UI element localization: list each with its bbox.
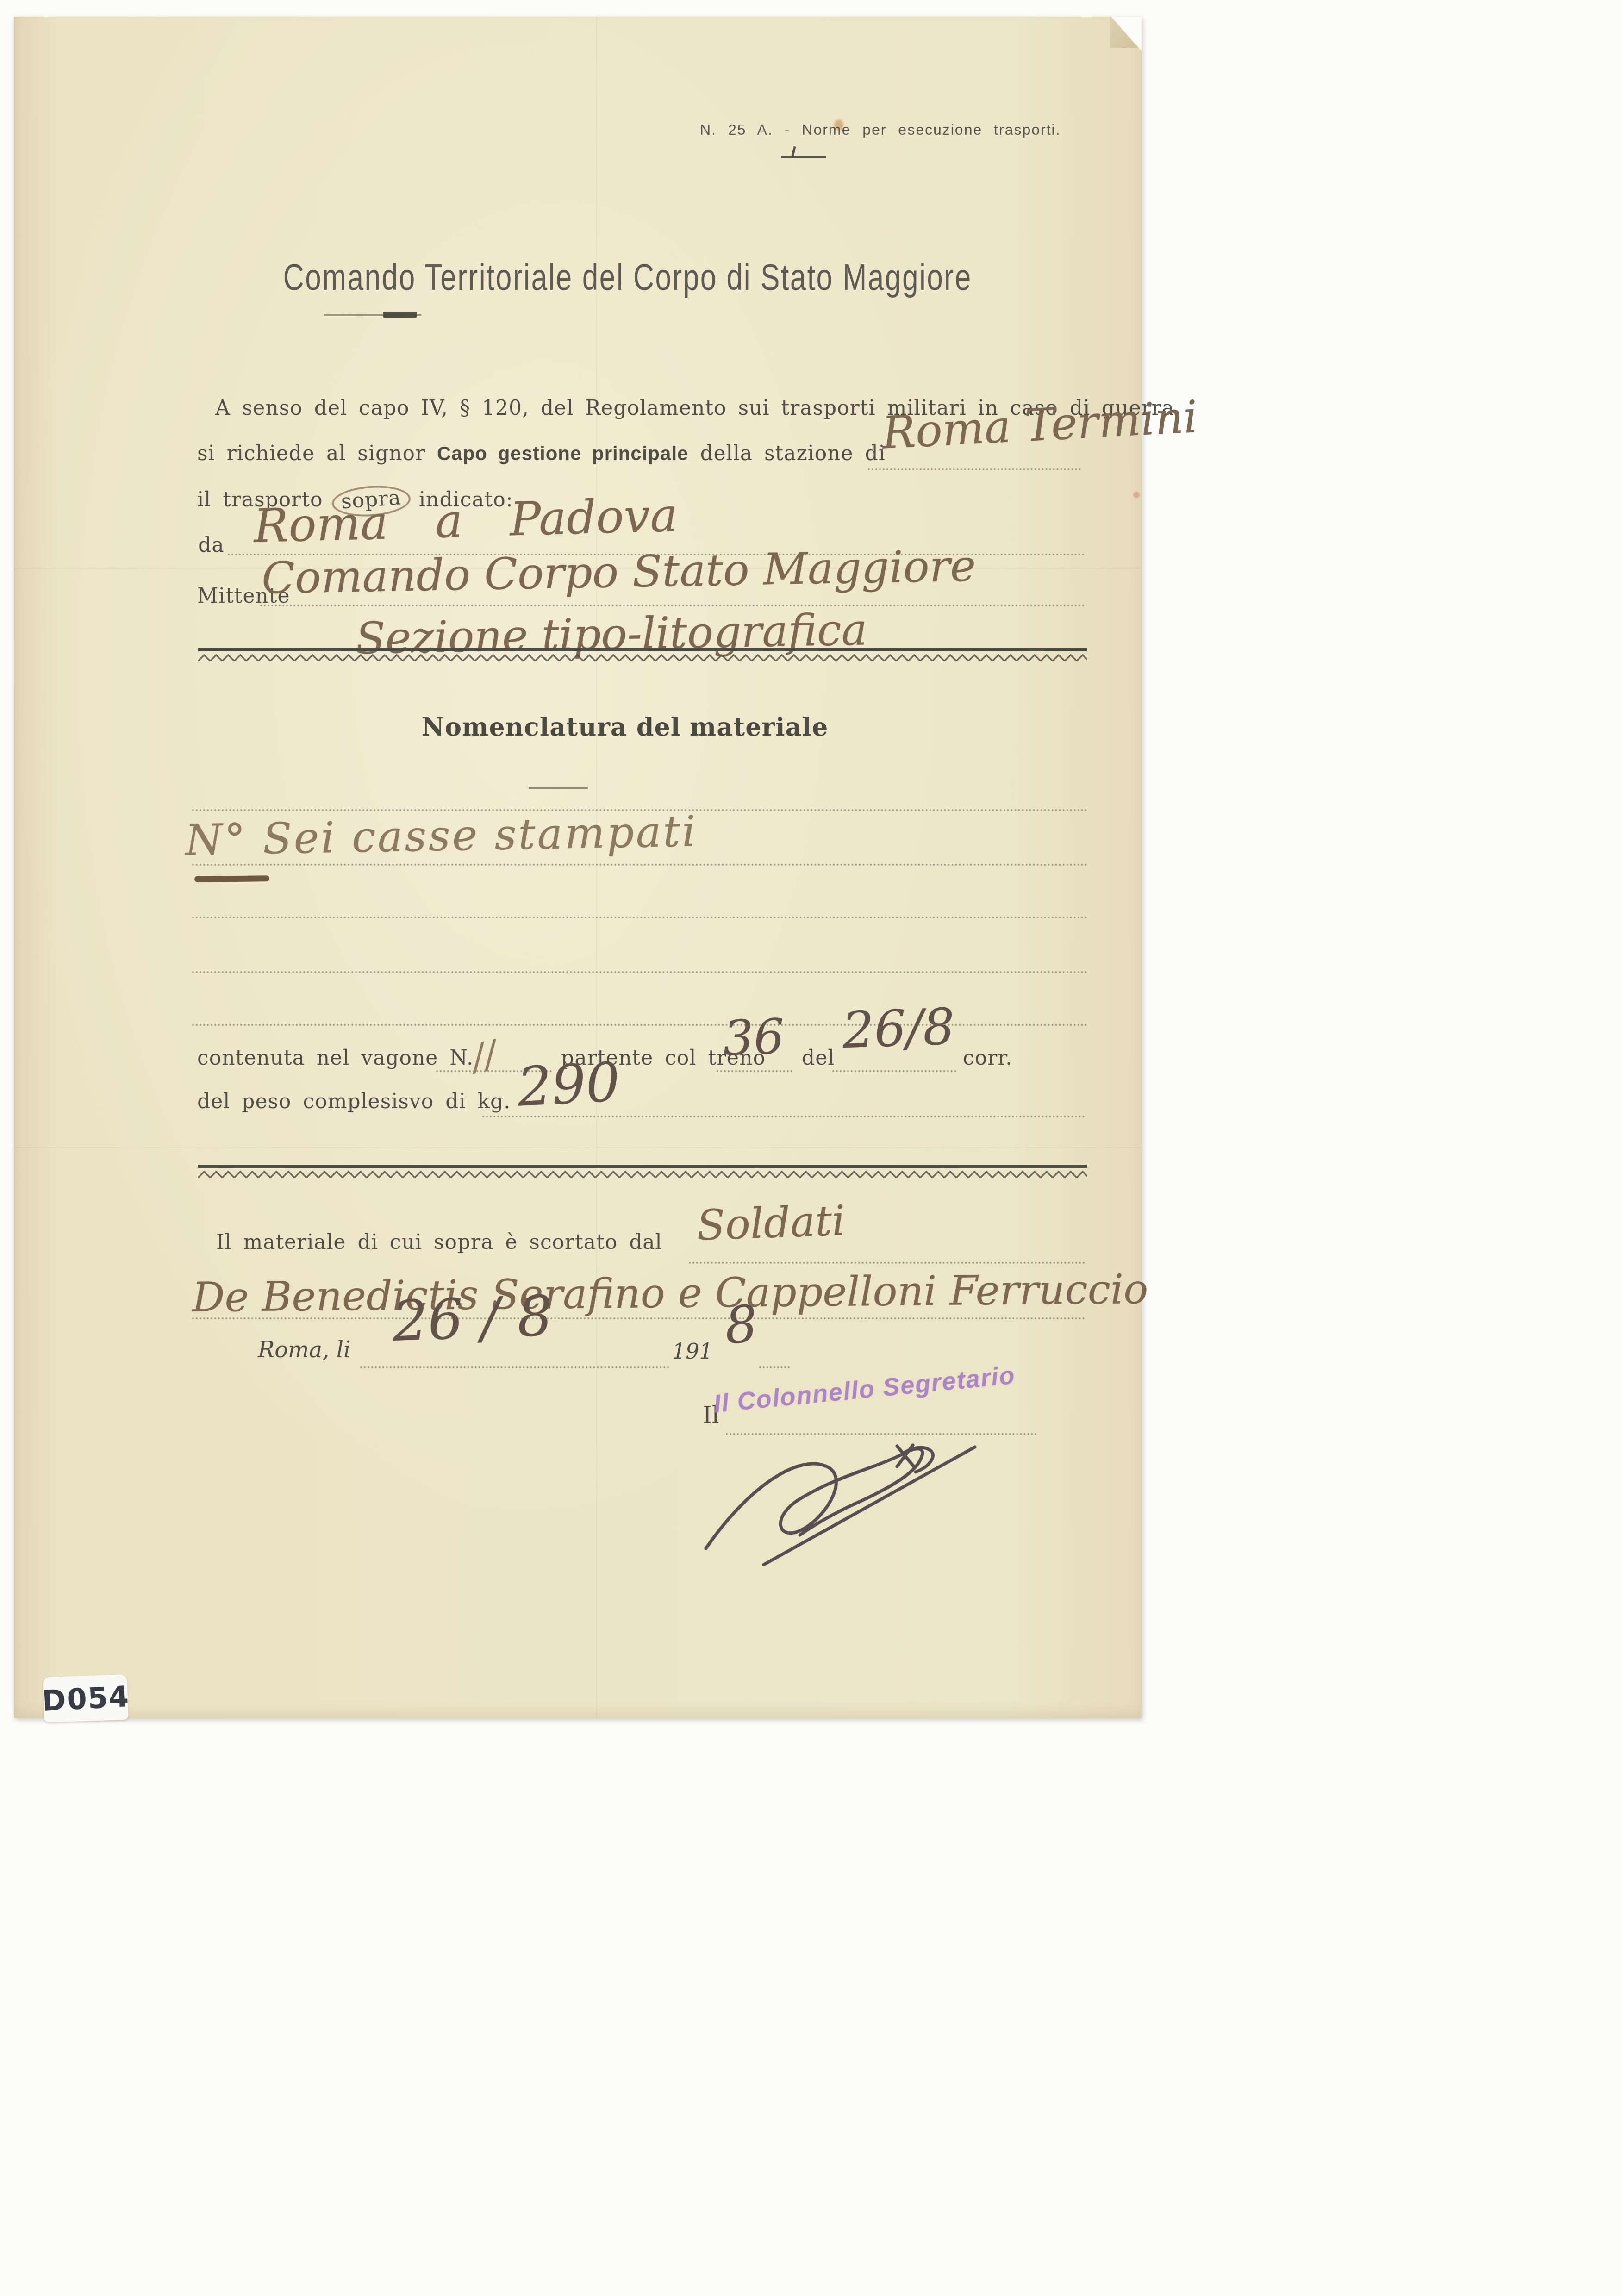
title-ornament-bar [383, 312, 417, 318]
escort-names-dotted-line [192, 1317, 1085, 1319]
escort-names-handwritten: De Benedictis Serafino e Cappelloni Ferr… [192, 1265, 1148, 1321]
weight-handwritten-value: 290 [516, 1051, 622, 1118]
signature [680, 1426, 1014, 1574]
train-handwritten-value: 36 [722, 1008, 786, 1067]
year-handwritten: 8 [723, 1294, 760, 1356]
year-dotted-line [759, 1366, 790, 1368]
document-title: Comando Territoriale del Corpo di Stato … [218, 257, 1032, 297]
date-dotted-line [832, 1070, 956, 1072]
intro-line-2-post: della stazione di [688, 442, 885, 465]
horizontal-fold-crease [14, 1147, 1142, 1149]
weight-label: del peso complesisvo di kg. [197, 1090, 511, 1113]
separator-rule [198, 648, 1087, 651]
paper-stain [1133, 492, 1140, 498]
intro-line-2-pre: si richiede al signor [197, 442, 437, 465]
section-heading: Nomenclatura del materiale [218, 712, 1032, 742]
material-handwritten-value: N° Sei casse stampati [185, 806, 698, 865]
archive-label: D054 [43, 1674, 128, 1722]
place-date-handwritten: 26 / 8 [392, 1284, 554, 1354]
corr-label: corr. [963, 1046, 1012, 1070]
place-label: Roma, li [258, 1337, 350, 1363]
escort-dotted-line [689, 1262, 1085, 1264]
escort-handwritten-value: Soldati [696, 1196, 846, 1250]
from-label: da [198, 533, 224, 557]
route-handwritten-value: Roma a Padova [253, 488, 679, 553]
train-dotted-line [717, 1070, 792, 1072]
date-handwritten-value: 26/8 [842, 998, 956, 1060]
section-heading-underline [529, 787, 588, 789]
material-underline-stroke [194, 875, 269, 882]
scan-background: N. 25 A. - Norme per esecuzione trasport… [0, 0, 1622, 2296]
sender-dotted-line [260, 605, 1085, 606]
separator-rule [198, 1165, 1087, 1168]
wagon-label: contenuta nel vagone N. [197, 1046, 474, 1070]
form-reference-note: N. 25 A. - Norme per esecuzione trasport… [700, 121, 1061, 138]
intro-line-2: si richiede al signor Capo gestione prin… [197, 442, 886, 465]
archive-label-text: D054 [41, 1679, 130, 1718]
ruled-line [192, 971, 1088, 973]
year-prefix: 191 [672, 1339, 713, 1364]
separator-zigzag [198, 653, 1087, 664]
intro-line-2-bold: Capo gestione principale [437, 443, 688, 464]
ruled-line [192, 864, 1088, 866]
place-dotted-line [360, 1366, 669, 1368]
escort-label: Il materiale di cui sopra è scortato dal [216, 1230, 662, 1254]
date-label: del [802, 1046, 835, 1070]
reference-underline [781, 156, 826, 158]
separator-zigzag [198, 1169, 1087, 1180]
ruled-line [192, 917, 1088, 918]
station-dotted-line [868, 468, 1081, 470]
